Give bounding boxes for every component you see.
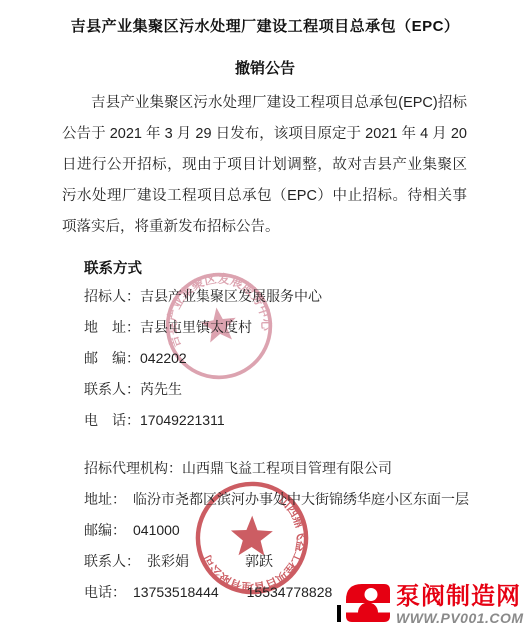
agency-postcode-line: 邮编： 041000 [84,515,530,546]
tenderer-contact-person-line: 联系人：芮先生 [84,374,530,405]
contact-heading: 联系方式 [84,259,530,279]
pv001-watermark[interactable]: 泵阀制造网 WWW.PV001.COM [346,584,524,626]
tenderer-address-line: 地 址：吉县屯里镇太度村 [84,312,530,343]
site-name: 泵阀制造网 [396,584,524,610]
agency-contact-person-line: 联系人： 张彩娟 郭跃 [84,546,530,577]
page-title: 吉县产业集聚区污水处理厂建设工程项目总承包（EPC） [0,0,530,38]
tenderer-name-line: 招标人：吉县产业集聚区发展服务中心 [84,281,530,312]
pump-valve-logo-icon [346,584,390,622]
tenderer-phone-line: 电 话：17049221311 [84,405,530,436]
announcement-page: 吉县产业集聚区污水处理厂建设工程项目总承包（EPC） 撤销公告 吉县产业集聚区污… [0,0,530,640]
page-subtitle: 撤销公告 [0,58,530,80]
logo-text: 泵阀制造网 WWW.PV001.COM [396,584,524,626]
text-cursor-bar [337,605,341,622]
agency-address-line: 地址： 临汾市尧都区滨河办事处中大街锦绣华庭小区东面一层 [84,484,530,515]
tenderer-postcode-line: 邮 编：042202 [84,343,530,374]
announcement-body: 吉县产业集聚区污水处理厂建设工程项目总承包(EPC)招标公告于 2021 年 3… [62,88,467,243]
agency-name-line: 招标代理机构：山西鼎飞益工程项目管理有限公司 [84,453,530,484]
site-url: WWW.PV001.COM [396,610,524,626]
tenderer-contact-block: 招标人：吉县产业集聚区发展服务中心 地 址：吉县屯里镇太度村 邮 编：04220… [84,281,530,436]
